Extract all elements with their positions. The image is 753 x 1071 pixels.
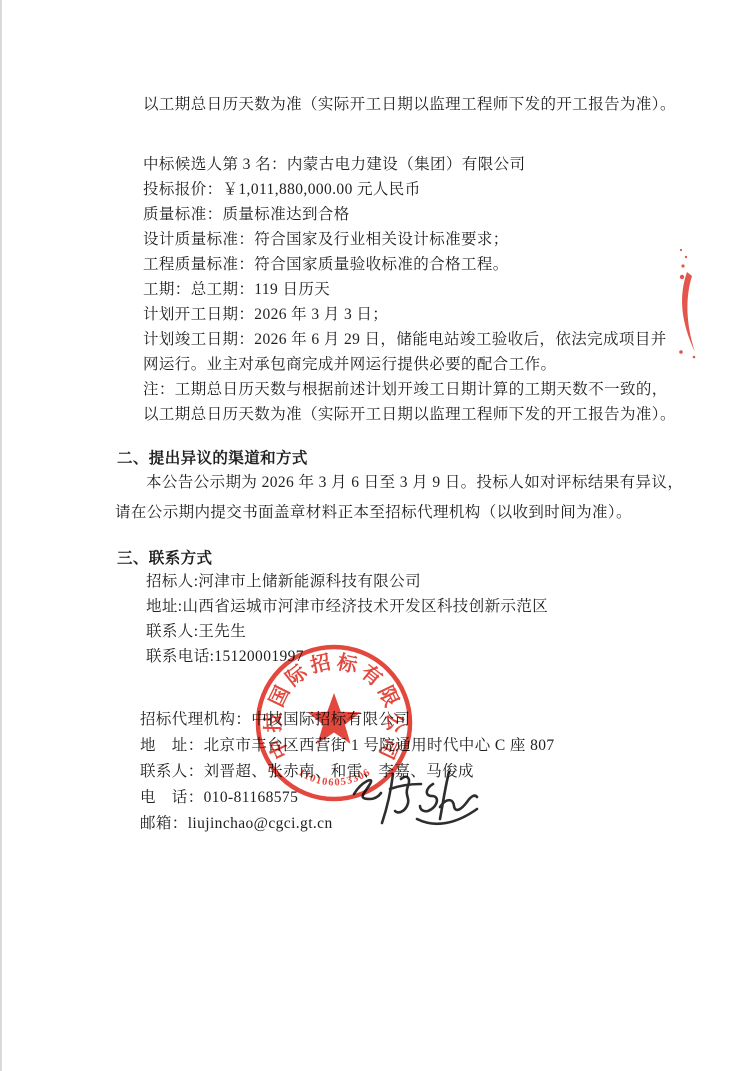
stamp-bleed-mark [668,240,712,364]
section2-heading: 二、提出异议的渠道和方式 [117,448,308,469]
section3-heading: 三、联系方式 [117,548,212,569]
objection-submit-line: 请在公示期内提交书面盖章材料正本至招标代理机构（以收到时间为准）。 [115,502,632,523]
publicity-period-line: 本公告公示期为 2026 年 3 月 6 日至 3 月 9 日。投标人如对评标结… [146,472,683,493]
planned-completion-cont-line: 网运行。业主对承包商完成并网运行提供必要的配合工作。 [143,354,556,375]
scan-edge-line [0,0,2,1071]
agency-email-line: 邮箱：liujinchao@cgci.gt.cn [140,813,333,834]
handwritten-signature [340,762,490,837]
design-quality-line: 设计质量标准：符合国家及行业相关设计标准要求； [143,229,509,250]
planned-start-line: 计划开工日期：2026 年 3 月 3 日； [143,304,388,325]
tenderee-contact-line: 联系人:王先生 [146,621,246,642]
svg-text:公: 公 [383,712,406,733]
candidate3-title-line: 中标候选人第 3 名：内蒙古电力建设（集团）有限公司 [143,154,525,175]
svg-text:6: 6 [328,777,334,788]
star-icon [307,693,360,744]
duration-line: 工期：总工期：119 日历天 [143,279,330,300]
document-page: 以工期总日历天数为准（实际开工日期以监理工程师下发的开工报告为准）。 中标候选人… [0,0,753,1071]
note-line: 注：工期总日历天数与根据前述计划开竣工日期计算的工期天数不一致的， [143,379,668,400]
svg-text:招: 招 [308,650,333,678]
note-cont-line: 以工期总日历天数为准（实际开工日期以监理工程师下发的开工报告为准）。 [143,404,676,425]
planned-completion-line: 计划竣工日期：2026 年 6 月 29 日，储能电站竣工验收后，依法完成项目并 [143,329,667,350]
construction-quality-line: 工程质量标准：符合国家质量验收标准的合格工程。 [143,254,509,275]
quality-standard-line: 质量标准：质量标准达到合格 [143,204,350,225]
note-continuation-top-line: 以工期总日历天数为准（实际开工日期以监理工程师下发的开工报告为准）。 [143,94,676,115]
tenderee-address-line: 地址:山西省运城市河津市经济技术开发区科技创新示范区 [146,596,548,617]
bid-price-line: 投标报价：￥1,011,880,000.00 元人民币 [143,179,421,200]
svg-text:0: 0 [321,776,328,788]
svg-text:技: 技 [261,712,285,732]
svg-text:标: 标 [334,649,361,677]
tenderee-line: 招标人:河津市上储新能源科技有限公司 [146,571,421,592]
